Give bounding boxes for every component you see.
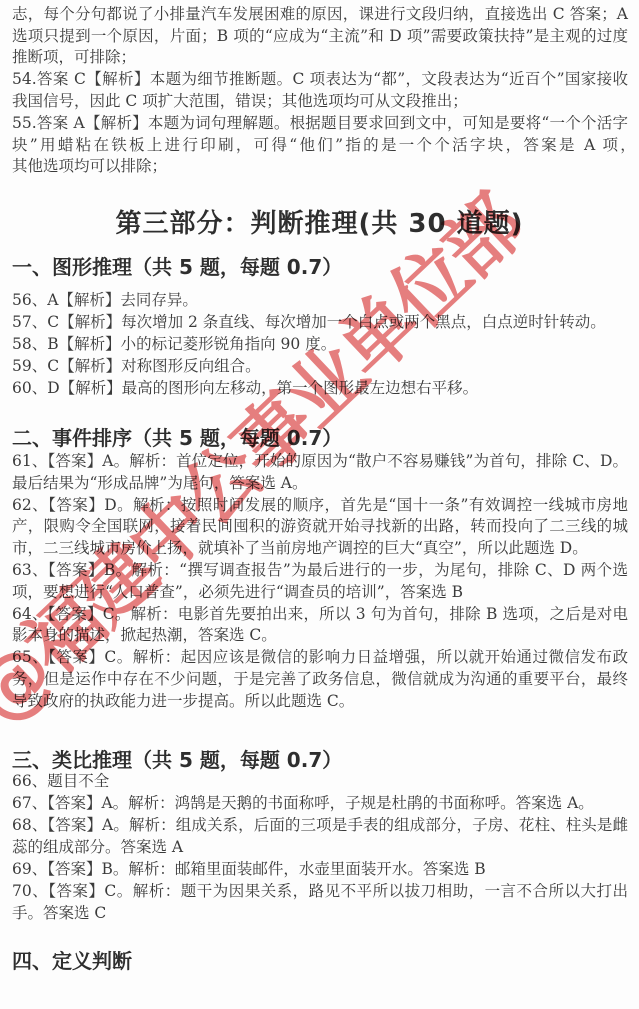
section-heading-graphic-reasoning: 一、图形推理（共 5 题，每题 0.7） [12,251,628,280]
answer-item-68: 68、【答案】A。解析：组成关系，后面的三项是手表的组成部分，子房、花柱、柱头是… [12,814,628,858]
answer-item-70: 70、【答案】C。解析：题干为因果关系，路见不平所以拔刀相助，一言不合所以大打出… [12,880,628,924]
section-items-analogy-reasoning: 66、题目不全 67、【答案】A。解析：鸿鹄是天鹅的书面称呼，子规是杜鹃的书面称… [12,770,628,924]
answer-item-54: 54.答案 C【解析】本题为细节推断题。C 项表达为“都”，文段表达为“近百个”… [12,69,628,112]
section-items-graphic-reasoning: 56、A【解析】去同存异。 57、C【解析】每次增加 2 条直线、每次增加一个白… [12,289,628,399]
section-items-event-ordering: 61、【答案】A。解析：首位定位，开始的原因为“散户不容易赚钱”为首句，排除 C… [12,451,628,713]
answer-item-67: 67、【答案】A。解析：鸿鹄是天鹅的书面称呼，子规是杜鹃的书面称呼。答案选 A。 [12,792,628,814]
answer-item-65: 65、【答案】C。解析：起因应该是微信的影响力日益增强，所以就开始通过微信发布政… [12,647,628,712]
answer-item-58: 58、B【解析】小的标记菱形锐角指向 90 度。 [12,333,628,355]
answer-item-56: 56、A【解析】去同存异。 [12,289,628,311]
answer-item-66: 66、题目不全 [12,770,628,792]
answer-item-61: 61、【答案】A。解析：首位定位，开始的原因为“散户不容易赚钱”为首句，排除 C… [12,451,628,495]
intro-paragraph: 志，每个分句都说了小排量汽车发展困难的原因，课进行文段归纳，直接选出 C 答案；… [12,4,628,69]
answer-item-69: 69、【答案】B。解析：邮箱里面装邮件，水壶里面装开水。答案选 B [12,858,628,880]
answer-item-60: 60、D【解析】最高的图形向左移动，第一个图形最左边想右平移。 [12,377,628,399]
scanned-answer-key-page: 志，每个分句都说了小排量汽车发展困难的原因，课进行文段归纳，直接选出 C 答案；… [0,0,639,1009]
section-heading-analogy-reasoning: 三、类比推理（共 5 题，每题 0.7） [12,744,628,773]
answer-item-64: 64、【答案】C。解析：电影首先要拍出来，所以 3 句为首句，排除 B 选项，之… [12,604,628,648]
answer-item-57: 57、C【解析】每次增加 2 条直线、每次增加一个白点或两个黑点，白点逆时针转动… [12,311,628,333]
answer-item-62: 62、【答案】D。解析：按照时间发展的顺序，首先是“国十一条”有效调控一线城市房… [12,495,628,560]
section-heading-event-ordering: 二、事件排序（共 5 题，每题 0.7） [12,422,628,451]
answer-item-55: 55.答案 A【解析】本题为词句理解题。根据题目要求回到文中，可知是要将“一个个… [12,113,628,178]
part-title: 第三部分：判断推理(共 30 道题) [0,203,639,240]
section-heading-definition-judgment: 四、定义判断 [12,945,628,974]
answer-item-59: 59、C【解析】对称图形反向组合。 [12,355,628,377]
answer-item-63: 63、【答案】B。解析：“撰写调查报告”为最后进行的一步，为尾句，排除 C、D … [12,560,628,604]
